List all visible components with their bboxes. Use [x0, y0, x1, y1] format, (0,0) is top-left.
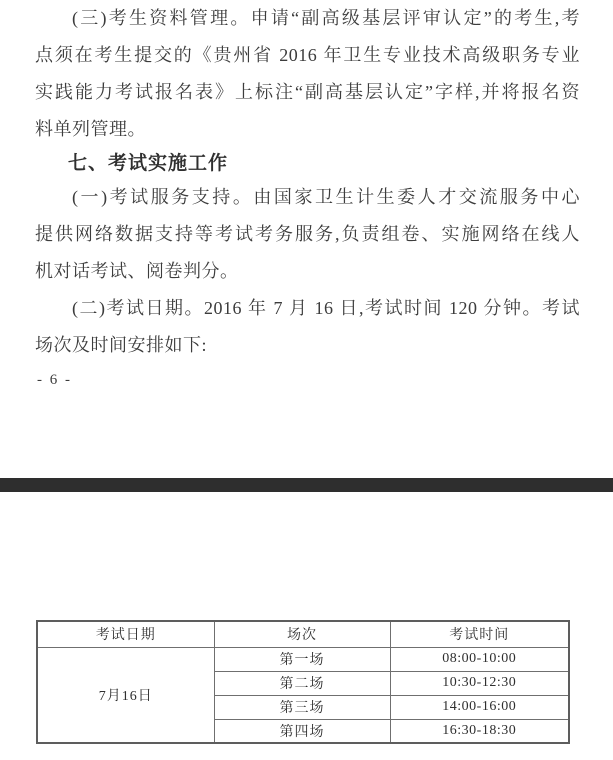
table-row: 7月16日 第一场 08:00-10:00	[37, 647, 569, 671]
session-cell: 第二场	[214, 671, 390, 695]
paragraph-line: (二)考试日期。2016 年 7 月 16 日,考试时间 120 分钟。考试	[35, 290, 580, 327]
paragraph-line: 场次及时间安排如下:	[35, 327, 580, 364]
time-cell: 08:00-10:00	[390, 647, 569, 671]
body-text-block: (三)考生资料管理。申请“副高级基层评审认定”的考生,考 点须在考生提交的《贵州…	[35, 0, 580, 364]
session-cell: 第一场	[214, 647, 390, 671]
document-page: (三)考生资料管理。申请“副高级基层评审认定”的考生,考 点须在考生提交的《贵州…	[0, 0, 613, 760]
paragraph-line: 料单列管理。	[35, 111, 580, 148]
exam-date-cell: 7月16日	[37, 647, 214, 743]
paragraph-line: 实践能力考试报名表》上标注“副高基层认定”字样,并将报名资	[35, 74, 580, 111]
header-session: 场次	[214, 621, 390, 647]
time-cell: 16:30-18:30	[390, 719, 569, 743]
table-header-row: 考试日期 场次 考试时间	[37, 621, 569, 647]
paragraph-line: 机对话考试、阅卷判分。	[35, 253, 580, 290]
paragraph-line: (一)考试服务支持。由国家卫生计生委人才交流服务中心	[35, 179, 580, 216]
paragraph-candidate-materials: (三)考生资料管理。申请“副高级基层评审认定”的考生,考 点须在考生提交的《贵州…	[35, 0, 580, 148]
page-divider-bar	[0, 478, 613, 492]
paragraph-exam-date: (二)考试日期。2016 年 7 月 16 日,考试时间 120 分钟。考试 场…	[35, 290, 580, 364]
header-exam-date: 考试日期	[37, 621, 214, 647]
session-cell: 第三场	[214, 695, 390, 719]
session-cell: 第四场	[214, 719, 390, 743]
time-cell: 14:00-16:00	[390, 695, 569, 719]
time-cell: 10:30-12:30	[390, 671, 569, 695]
paragraph-exam-service: (一)考试服务支持。由国家卫生计生委人才交流服务中心 提供网络数据支持等考试考务…	[35, 179, 580, 290]
paragraph-line: (三)考生资料管理。申请“副高级基层评审认定”的考生,考	[35, 0, 580, 37]
page-number: - 6 -	[37, 370, 72, 390]
paragraph-line: 提供网络数据支持等考试考务服务,负责组卷、实施网络在线人	[35, 216, 580, 253]
paragraph-line: 点须在考生提交的《贵州省 2016 年卫生专业技术高级职务专业	[35, 37, 580, 74]
header-exam-time: 考试时间	[390, 621, 569, 647]
exam-schedule-table: 考试日期 场次 考试时间 7月16日 第一场 08:00-10:00 第二场 1…	[36, 620, 570, 744]
section-heading: 七、考试实施工作	[35, 148, 580, 179]
